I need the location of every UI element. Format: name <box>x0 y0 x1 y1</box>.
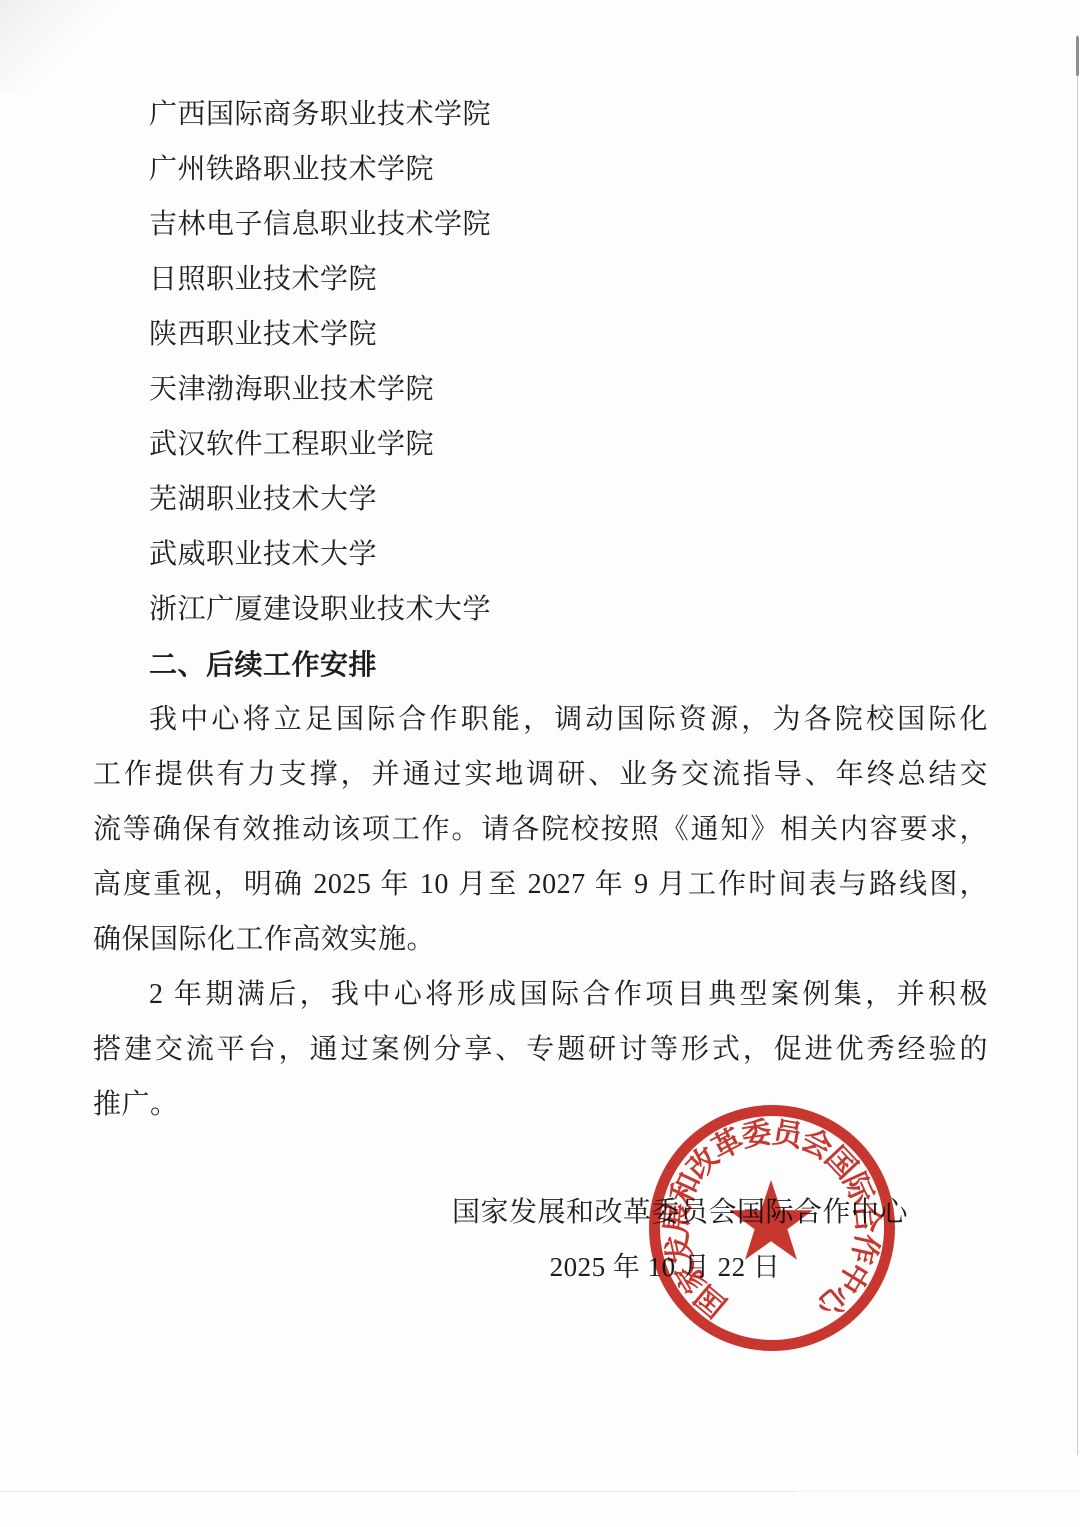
college-list-item: 日照职业技术学院 <box>93 252 988 307</box>
college-list-item: 芜湖职业技术大学 <box>93 472 988 527</box>
college-list-item: 武汉软件工程职业学院 <box>93 417 988 472</box>
scanned-document-page: 广西国际商务职业技术学院广州铁路职业技术学院吉林电子信息职业技术学院日照职业技术… <box>0 0 1080 1527</box>
document-body: 广西国际商务职业技术学院广州铁路职业技术学院吉林电子信息职业技术学院日照职业技术… <box>0 0 1080 1295</box>
paragraph-line: 我中心将立足国际合作职能，调动国际资源，为各院校国际化 <box>93 692 988 747</box>
section-heading: 二、后续工作安排 <box>93 637 988 692</box>
paragraph-followup-work: 我中心将立足国际合作职能，调动国际资源，为各院校国际化工作提供有力支撑，并通过实… <box>93 692 988 967</box>
paragraph-line: 搭建交流平台，通过案例分享、专题研讨等形式，促进优秀经验的 <box>93 1022 988 1077</box>
paragraph-line: 确保国际化工作高效实施。 <box>93 912 988 967</box>
page-edge-artifact <box>795 1491 1080 1492</box>
college-list-item: 广西国际商务职业技术学院 <box>93 87 988 142</box>
college-list-item: 浙江广厦建设职业技术大学 <box>93 582 988 637</box>
page-edge-artifact <box>1076 36 1079 76</box>
issue-date: 2025 年 10 月 22 日 <box>455 1240 875 1295</box>
paragraph-line: 工作提供有力支撑，并通过实地调研、业务交流指导、年终总结交 <box>93 747 988 802</box>
page-edge-artifact <box>1077 35 1078 1455</box>
paragraph-line: 高度重视，明确 2025 年 10 月至 2027 年 9 月工作时间表与路线图… <box>93 857 988 912</box>
paragraph-line: 流等确保有效推动该项工作。请各院校按照《通知》相关内容要求， <box>93 802 988 857</box>
college-list-item: 吉林电子信息职业技术学院 <box>93 197 988 252</box>
college-list-item: 武威职业技术大学 <box>93 527 988 582</box>
college-list-item: 天津渤海职业技术学院 <box>93 362 988 417</box>
issuer-signature: 国家发展和改革委员会国际合作中心 <box>452 1185 988 1240</box>
college-list: 广西国际商务职业技术学院广州铁路职业技术学院吉林电子信息职业技术学院日照职业技术… <box>93 87 988 637</box>
paragraph-after-two-years: 2 年期满后，我中心将形成国际合作项目典型案例集，并积极搭建交流平台，通过案例分… <box>93 967 988 1132</box>
paragraph-line: 推广。 <box>93 1077 988 1132</box>
page-edge-artifact <box>0 1491 795 1492</box>
college-list-item: 陕西职业技术学院 <box>93 307 988 362</box>
paragraph-line: 2 年期满后，我中心将形成国际合作项目典型案例集，并积极 <box>93 967 988 1022</box>
college-list-item: 广州铁路职业技术学院 <box>93 142 988 197</box>
